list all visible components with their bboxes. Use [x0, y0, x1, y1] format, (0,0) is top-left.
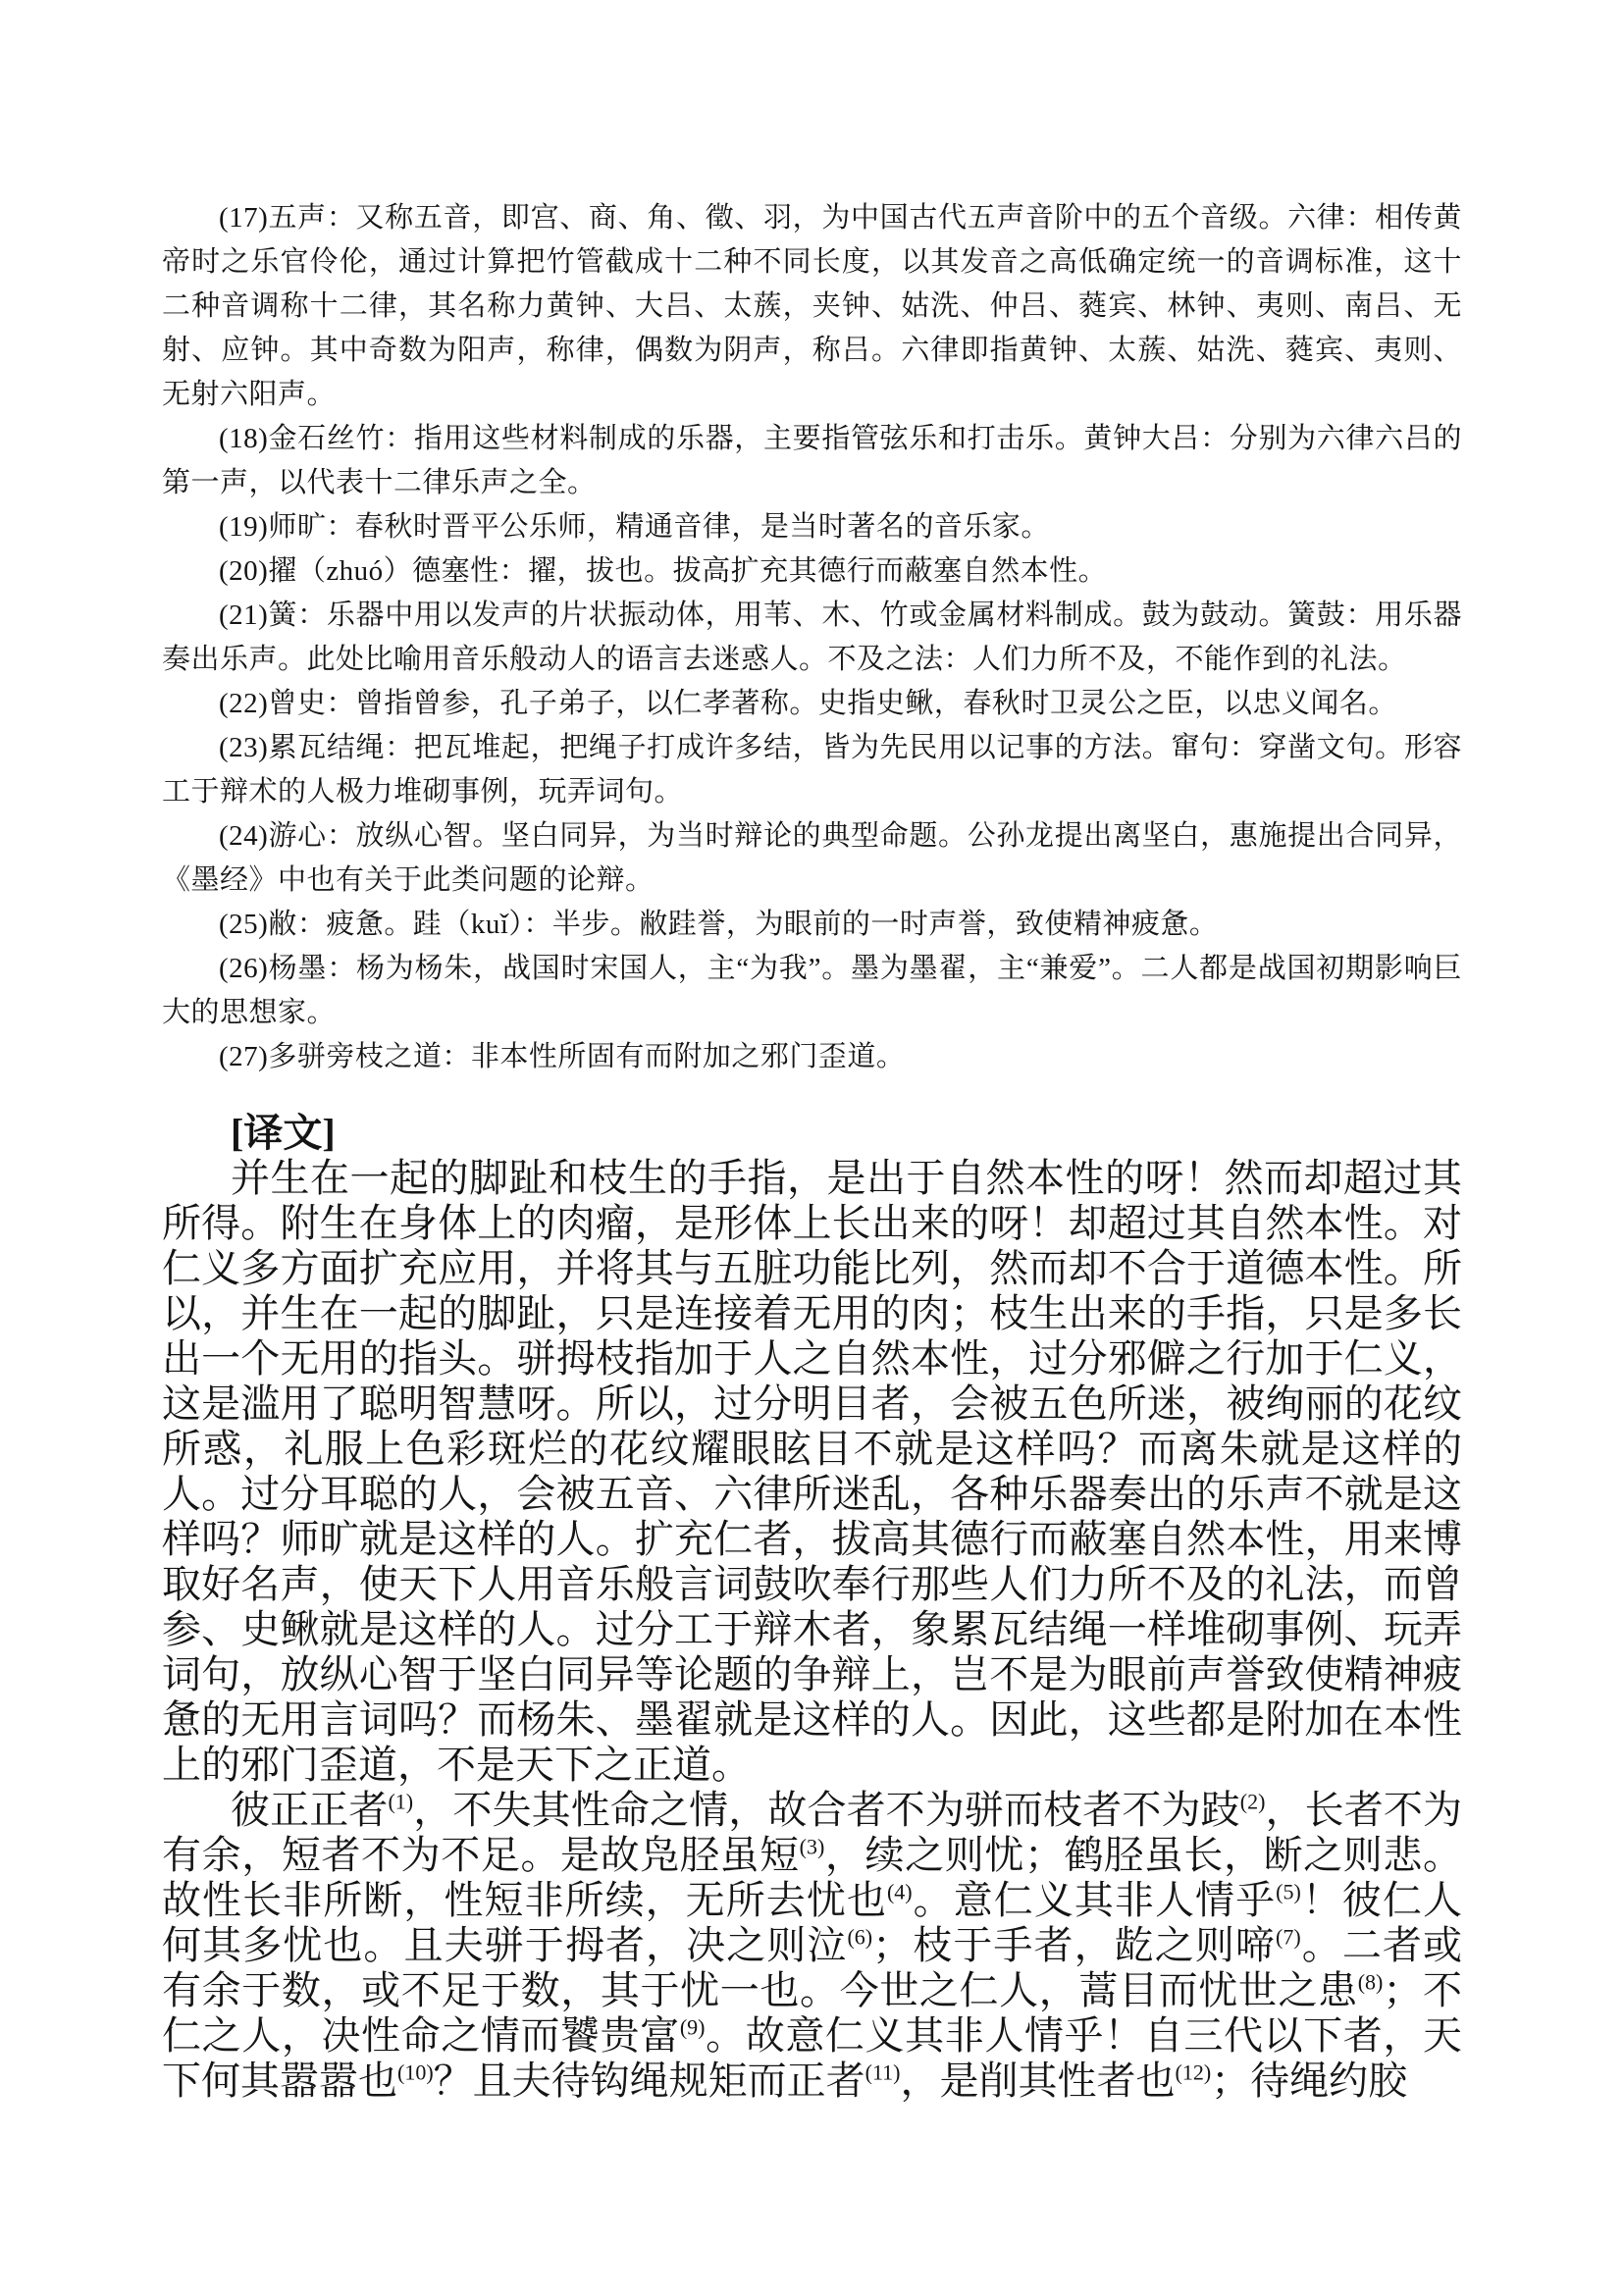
annotation-item: (22)曾史：曾指曾参，孔子弟子，以仁孝著称。史指史鳅，春秋时卫灵公之臣，以忠义… — [162, 682, 1462, 726]
annotation-item: (23)累瓦结绳：把瓦堆起，把绳子打成许多结，皆为先民用以记事的方法。窜句：穿凿… — [162, 726, 1462, 814]
footnote-ref: (2) — [1240, 1790, 1266, 1814]
translation-paragraph: 并生在一起的脚趾和枝生的手指，是出于自然本性的呀！然而却超过其所得。附生在身体上… — [162, 1156, 1462, 1788]
annotation-item: (20)擢（zhuó）德塞性：擢，拔也。拔高扩充其德行而蔽塞自然本性。 — [162, 549, 1462, 594]
footnote-ref: (12) — [1176, 2060, 1212, 2085]
annotations-section: (17)五声：又称五音，即宫、商、角、徵、羽，为中国古代五声音阶中的五个音级。六… — [162, 196, 1462, 1079]
footnote-ref: (10) — [397, 2060, 434, 2085]
footnote-ref: (7) — [1276, 1925, 1301, 1950]
footnote-ref: (4) — [887, 1880, 913, 1904]
translation-heading: [译文] — [162, 1111, 1462, 1156]
annotation-item: (25)敝：疲惫。跬（kuǐ）：半步。敝跬誉，为眼前的一时声誉，致使精神疲惫。 — [162, 903, 1462, 947]
document-page: (17)五声：又称五音，即宫、商、角、徵、羽，为中国古代五声音阶中的五个音级。六… — [0, 0, 1624, 2294]
annotation-item: (21)簧：乐器中用以发声的片状振动体，用苇、木、竹或金属材料制成。鼓为鼓动。簧… — [162, 594, 1462, 682]
annotation-item: (24)游心：放纵心智。坚白同异，为当时辩论的典型命题。公孙龙提出离坚白，惠施提… — [162, 814, 1462, 903]
footnote-ref: (9) — [680, 2015, 706, 2040]
translation-section: 并生在一起的脚趾和枝生的手指，是出于自然本性的呀！然而却超过其所得。附生在身体上… — [162, 1156, 1462, 2104]
annotation-item: (27)多骈旁枝之道：非本性所固有而附加之邪门歪道。 — [162, 1035, 1462, 1079]
footnote-ref: (6) — [847, 1925, 872, 1950]
footnote-ref: (3) — [800, 1835, 825, 1859]
annotation-item: (19)师旷：春秋时晋平公乐师，精通音律，是当时著名的音乐家。 — [162, 505, 1462, 549]
footnote-ref: (1) — [388, 1790, 413, 1814]
footnote-ref: (11) — [865, 2060, 901, 2085]
translation-paragraph: 彼正正者(1)，不失其性命之情，故合者不为骈而枝者不为跂(2)，长者不为有余，短… — [162, 1788, 1462, 2104]
footnote-ref: (8) — [1358, 1970, 1384, 1995]
annotation-item: (26)杨墨：杨为杨朱，战国时宋国人，主“为我”。墨为墨翟，主“兼爱”。二人都是… — [162, 947, 1462, 1035]
annotation-item: (17)五声：又称五音，即宫、商、角、徵、羽，为中国古代五声音阶中的五个音级。六… — [162, 196, 1462, 417]
page-content: (17)五声：又称五音，即宫、商、角、徵、羽，为中国古代五声音阶中的五个音级。六… — [162, 196, 1462, 2104]
annotation-item: (18)金石丝竹：指用这些材料制成的乐器，主要指管弦乐和打击乐。黄钟大吕：分别为… — [162, 417, 1462, 505]
footnote-ref: (5) — [1276, 1880, 1301, 1904]
